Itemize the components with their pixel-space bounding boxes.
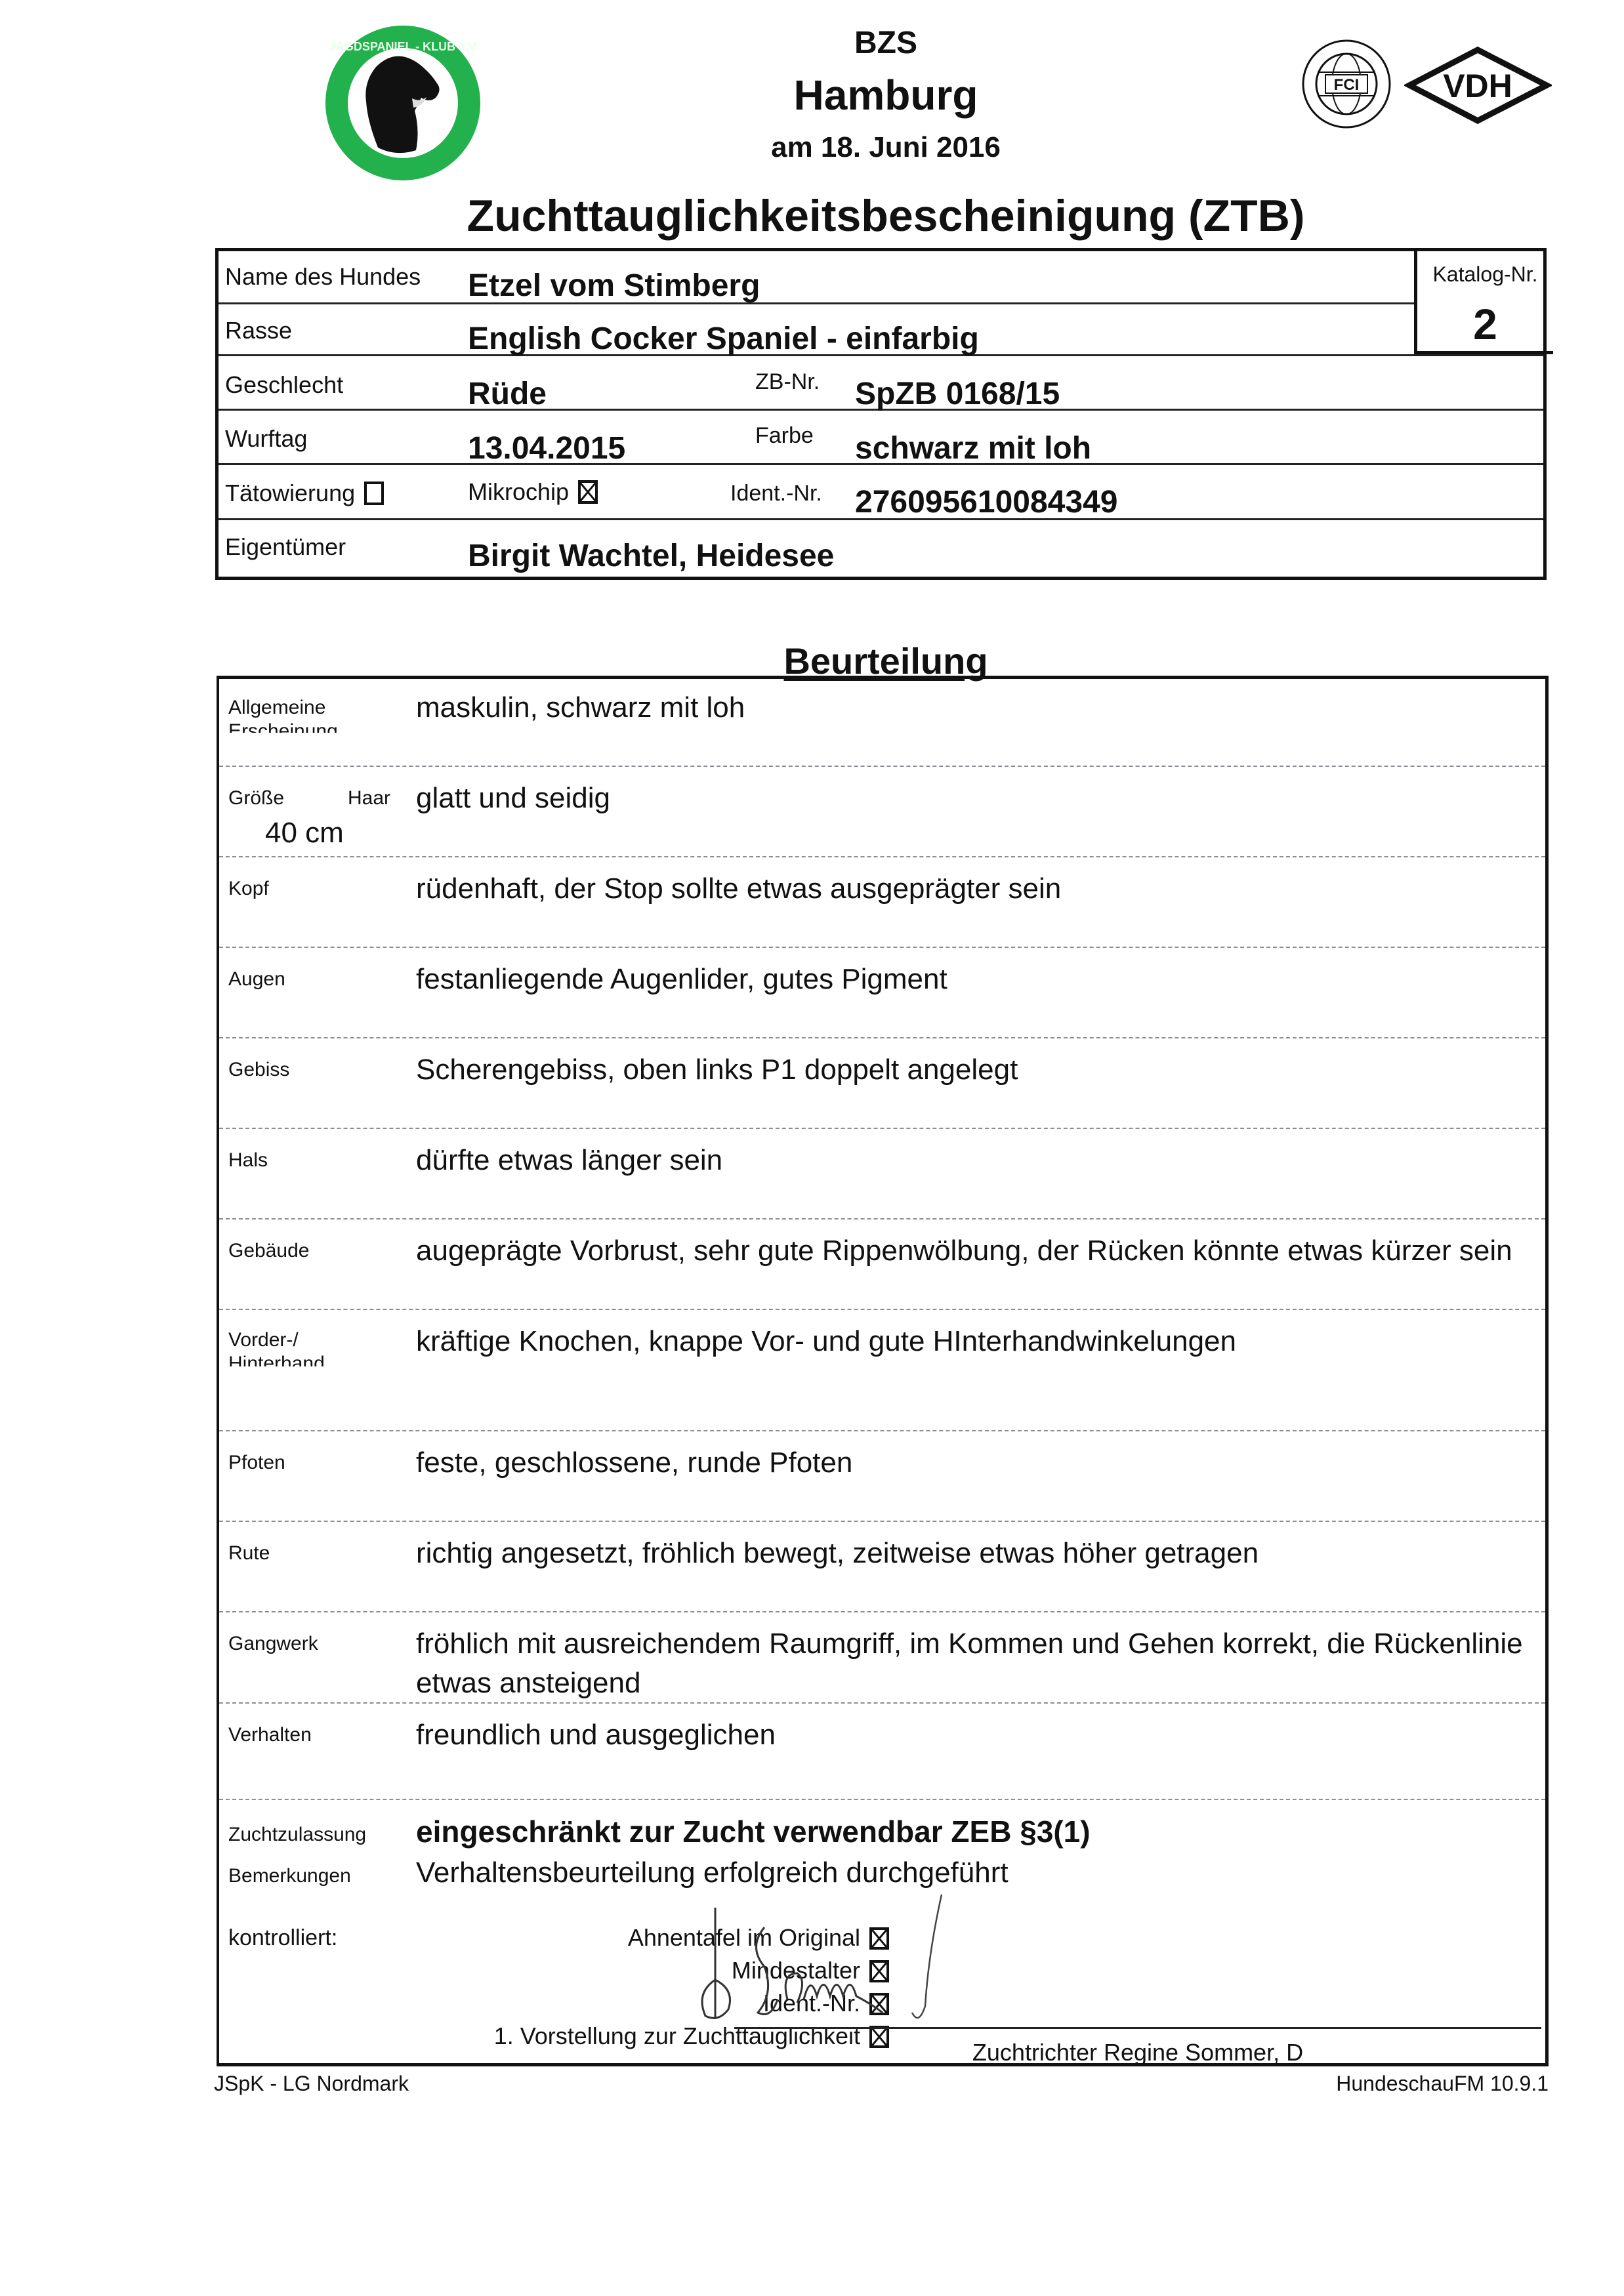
evaluation-box: Allgemeine Erscheinung maskulin, schwarz… — [217, 676, 1549, 2066]
head-value: rüdenhaft, der Stop sollte etwas ausgepr… — [416, 869, 1531, 909]
eyes-label: Augen — [228, 968, 285, 991]
checked-label: kontrolliert: — [228, 1925, 337, 1951]
limbs-label: Vorder-/ Hinterhand — [228, 1328, 325, 1366]
breeding-value: eingeschränkt zur Zucht verwendbar ZEB §… — [416, 1814, 1091, 1849]
catalog-number-box: Katalog-Nr. 2 — [1414, 248, 1553, 354]
breed-label: Rasse — [225, 317, 292, 344]
breeding-label: Zuchtzulassung — [228, 1824, 366, 1846]
catalog-value: 2 — [1417, 299, 1553, 349]
general-label: Allgemeine Erscheinung — [228, 696, 338, 733]
birth-label: Wurftag — [225, 425, 307, 453]
tail-value: richtig angesetzt, fröhlich bewegt, zeit… — [416, 1534, 1531, 1573]
signature-icon — [689, 1881, 971, 2039]
gait-label: Gangwerk — [228, 1632, 318, 1656]
fci-logo: FCI — [1301, 38, 1392, 130]
body-value: augeprägte Vorbrust, sehr gute Rippenwöl… — [416, 1231, 1531, 1271]
studbook-label: ZB-Nr. — [755, 369, 820, 395]
neck-value: dürfte etwas länger sein — [416, 1141, 1531, 1180]
birth-value: 13.04.2015 — [468, 430, 625, 466]
neck-label: Hals — [228, 1149, 268, 1172]
ident-value: 276095610084349 — [855, 484, 1117, 520]
breed-value: English Cocker Spaniel - einfarbig — [468, 321, 979, 357]
footer-software-version: HundeschauFM 10.9.1 — [1293, 2072, 1549, 2096]
hair-label: Haar — [348, 787, 390, 810]
studbook-value: SpZB 0168/15 — [855, 376, 1060, 412]
body-label: Gebäude — [228, 1239, 309, 1263]
tattoo-label: Tätowierung — [225, 480, 355, 506]
document-title: Zuchttauglichkeitsbescheinigung (ZTB) — [459, 190, 1312, 241]
head-label: Kopf — [228, 877, 269, 901]
owner-value: Birgit Wachtel, Heidesee — [468, 538, 834, 574]
owner-label: Eigentümer — [225, 533, 346, 561]
name-value: Etzel vom Stimberg — [468, 268, 760, 304]
ident-label: Ident.-Nr. — [730, 481, 822, 506]
paws-label: Pfoten — [228, 1451, 285, 1475]
vdh-logo: VDH — [1404, 46, 1552, 125]
limbs-value: kräftige Knochen, knappe Vor- und gute H… — [416, 1322, 1531, 1361]
svg-text:VDH: VDH — [1443, 68, 1512, 104]
catalog-label: Katalog-Nr. — [1417, 262, 1553, 287]
teeth-value: Scherengebiss, oben links P1 doppelt ang… — [416, 1050, 1531, 1090]
microchip-field: Mikrochip — [468, 478, 598, 506]
footer-organization: JSpK - LG Nordmark — [214, 2072, 409, 2096]
eyes-value: festanliegende Augenlider, gutes Pigment — [416, 960, 1531, 999]
color-label: Farbe — [755, 423, 814, 449]
general-value: maskulin, schwarz mit loh — [416, 688, 1531, 728]
event-date: am 18. Juni 2016 — [656, 131, 1115, 164]
behavior-label: Verhalten — [228, 1723, 312, 1747]
microchip-label: Mikrochip — [468, 478, 569, 505]
club-logo: JAGDSPANIEL - KLUB e.V — [314, 21, 492, 185]
color-value: schwarz mit loh — [855, 430, 1091, 466]
sex-label: Geschlecht — [225, 371, 343, 399]
paws-value: feste, geschlossene, runde Pfoten — [416, 1443, 1531, 1483]
size-value: 40 cm — [265, 817, 344, 850]
sex-value: Rüde — [468, 376, 547, 412]
tail-label: Rute — [228, 1542, 270, 1565]
tattoo-checkbox[interactable] — [364, 482, 384, 505]
dog-info-table: Katalog-Nr. 2 Name des Hundes Etzel vom … — [215, 248, 1547, 580]
tattoo-field: Tätowierung — [225, 480, 384, 507]
teeth-label: Gebiss — [228, 1058, 289, 1082]
judge-name: Zuchtrichter Regine Sommer, D — [734, 2039, 1541, 2066]
svg-text:JAGDSPANIEL - KLUB e.V: JAGDSPANIEL - KLUB e.V — [329, 40, 476, 53]
remarks-label: Bemerkungen — [228, 1865, 351, 1887]
microchip-checkbox[interactable] — [578, 480, 598, 504]
hair-value: glatt und seidig — [416, 779, 1531, 818]
behavior-value: freundlich und ausgeglichen — [416, 1715, 1531, 1755]
event-organization: BZS — [656, 25, 1115, 61]
svg-text:FCI: FCI — [1334, 76, 1360, 94]
gait-value: fröhlich mit ausreichendem Raumgriff, im… — [416, 1624, 1531, 1703]
size-label: Größe — [228, 787, 284, 810]
name-label: Name des Hundes — [225, 263, 421, 291]
event-city: Hamburg — [656, 71, 1115, 119]
